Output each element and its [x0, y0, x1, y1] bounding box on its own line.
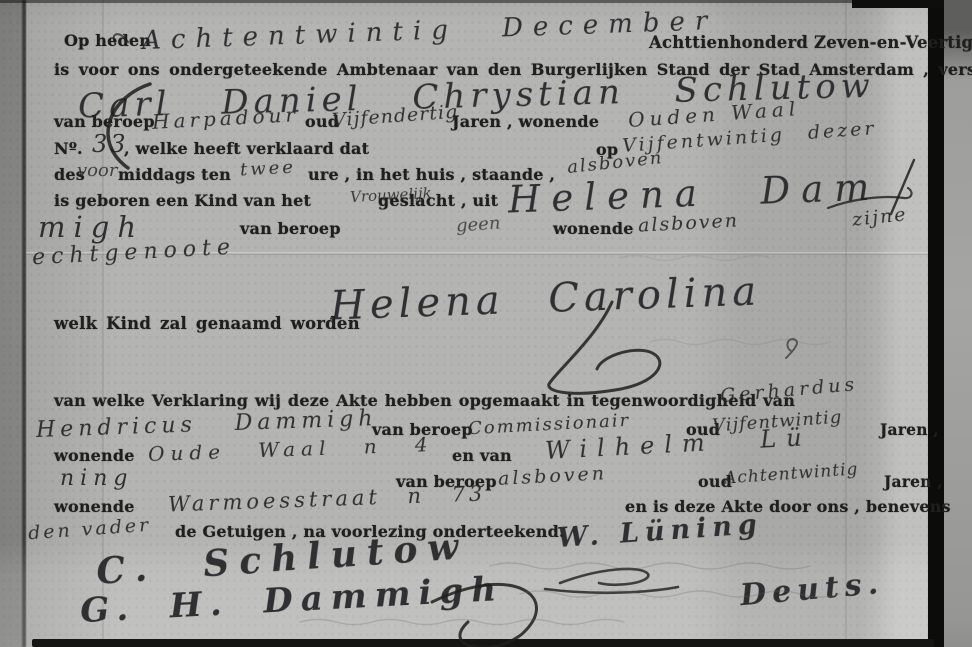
printed-welk-kind: welk Kind zal genaamd worden	[54, 314, 360, 333]
printed-is-geboren: is geboren een Kind van het	[54, 191, 311, 210]
scan-gutter-black	[928, 0, 944, 647]
handwritten-mother-occupation: geen	[455, 212, 501, 236]
scan-left-margin	[0, 0, 22, 647]
handwritten-witness2-name-b: ning	[60, 466, 133, 491]
printed-op-heden: Op heden	[64, 31, 151, 50]
handwritten-inserted-father: den vader	[27, 514, 151, 545]
printed-welke-heeft: , welke heeft verklaard dat	[124, 139, 369, 158]
printed-no-label: Nº.	[54, 139, 83, 158]
scan-bottom-bar	[32, 639, 934, 647]
scan-top-edge-dark	[852, 0, 944, 8]
printed-jaren-3: Jaren ,	[880, 420, 939, 439]
signature-registrar-deuts: Deuts.	[739, 566, 886, 613]
printed-van-welke: van welke Verklaring wij deze Akte hebbe…	[54, 391, 795, 410]
printed-jaren-wonende-1: Jaren , wonende	[452, 112, 599, 131]
bleedthrough-line-3	[300, 620, 624, 625]
bleedthrough-line-5	[620, 256, 770, 261]
handwritten-witness2-address: Warmoesstraat n 73	[168, 481, 487, 516]
printed-geslacht-uit: geslacht , uit	[378, 191, 498, 210]
printed-van-beroep-2: van beroep	[240, 219, 341, 238]
certificate-page: Op heden Achtentwintig December Achttien…	[0, 0, 972, 647]
luning-paraph-line	[545, 587, 678, 593]
next-page-edge	[944, 0, 972, 647]
handwritten-child-name: Helena Carolina	[329, 268, 762, 329]
handwritten-witness2-age: Achtentwintig	[723, 459, 859, 488]
handwritten-mother-residence: alsboven	[637, 209, 739, 236]
stray-ink-curl	[786, 339, 797, 358]
printed-van-beroep-1: van beroep	[54, 112, 155, 131]
signature-luning: W. Lüning	[556, 509, 764, 554]
handwritten-mother-name-b: migh	[38, 210, 144, 244]
printed-en-is: en is deze Akte door ons , benevens	[625, 497, 951, 516]
printed-en-van: en van	[452, 446, 512, 465]
bleedthrough-line-4	[650, 340, 830, 345]
handwritten-date: Achtentwintig December	[142, 6, 718, 56]
printed-wonende-4: wonende	[54, 497, 135, 516]
page-fold-line-left	[22, 0, 26, 647]
handwritten-mother-relation-a: zijne	[851, 203, 908, 231]
bleedthrough-line-1	[490, 563, 810, 569]
printed-wonende-3: wonende	[54, 446, 135, 465]
printed-year: Achttienhonderd Zeven-en-Veertig ,	[649, 33, 972, 52]
printed-wonende-2: wonende	[553, 219, 634, 238]
printed-middags-ten: middags ten	[118, 165, 231, 184]
handwritten-daypart: voor	[77, 160, 117, 181]
handwritten-witness2-occupation: alsboven	[497, 462, 607, 490]
printed-jaren-4: Jaren ,	[884, 472, 943, 491]
scan-top-edge	[0, 0, 944, 3]
handwritten-hour: twee	[239, 157, 296, 181]
luning-paraph-loop	[560, 569, 648, 585]
